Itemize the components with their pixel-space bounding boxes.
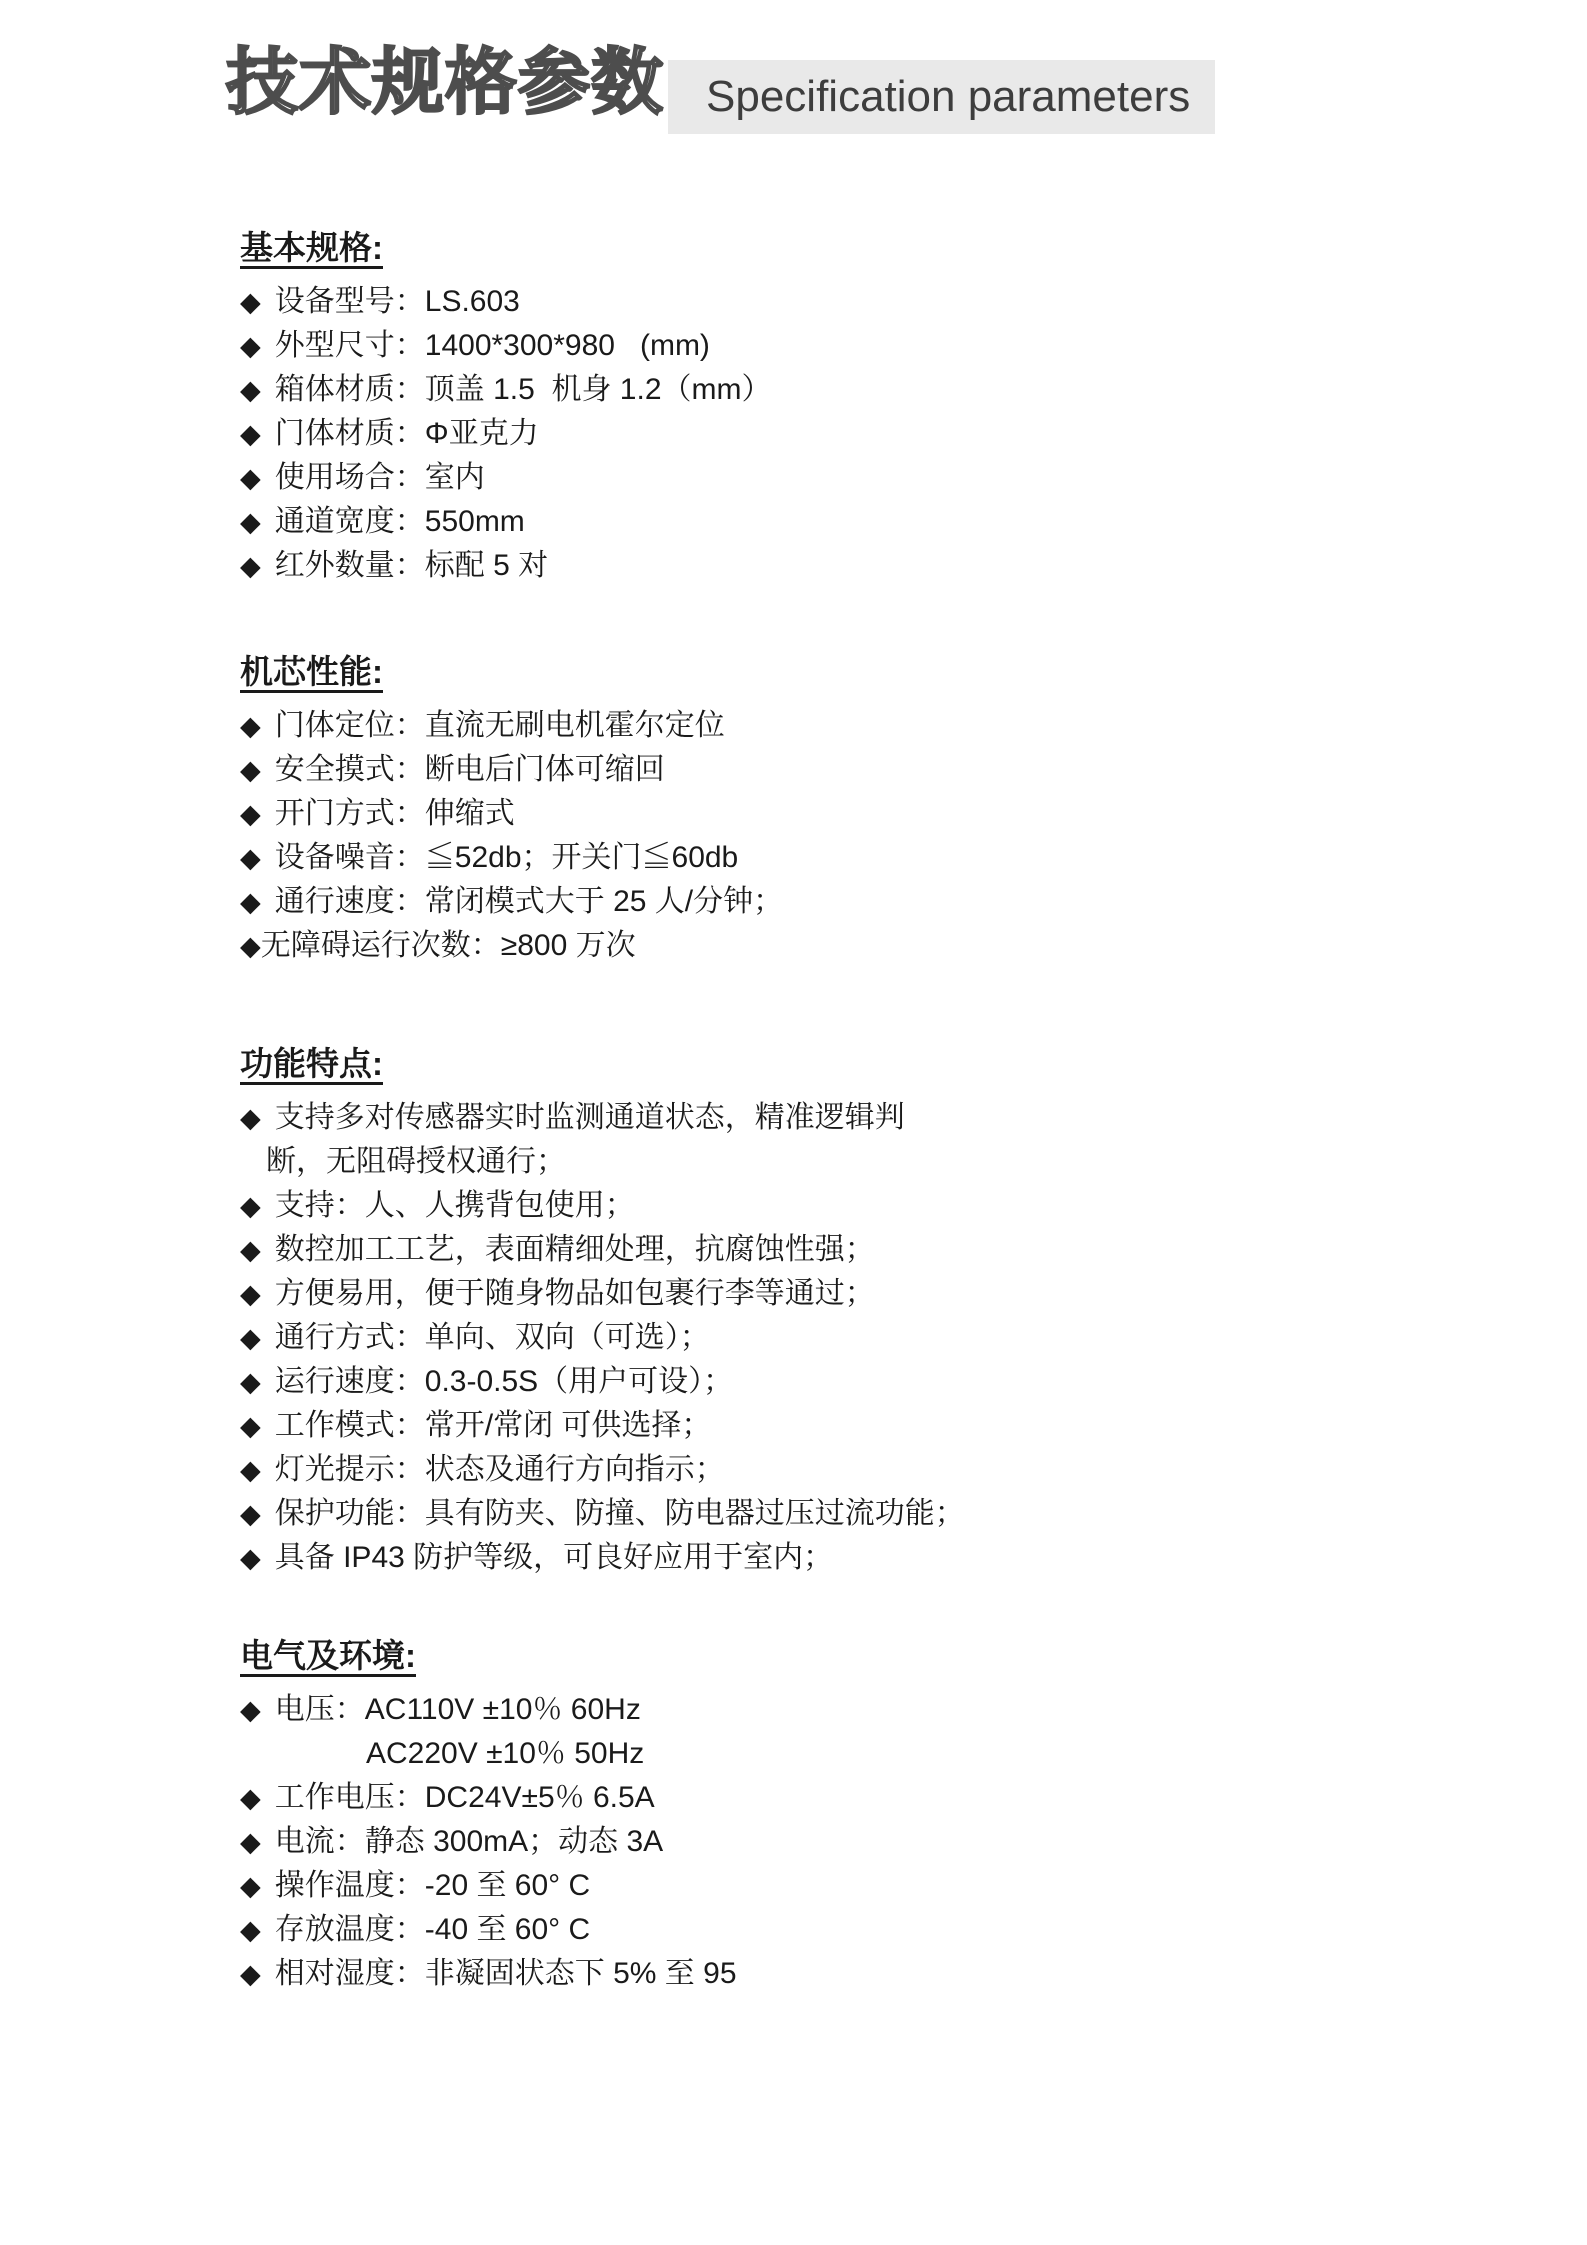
spec-item-text: 电流：静态 300mA；动态 3A	[275, 1825, 663, 1858]
spec-item-text: 具备 IP43 防护等级，可良好应用于室内；	[275, 1541, 833, 1574]
spec-item: ◆通道宽度：550mm	[240, 500, 1340, 544]
spec-item-text: 箱体材质：顶盖 1.5 机身 1.2（mm）	[275, 373, 772, 406]
spec-item-text: 支持多对传感器实时监测通道状态，精准逻辑判	[275, 1101, 905, 1134]
diamond-bullet-icon: ◆	[240, 375, 261, 405]
diamond-bullet-icon: ◆	[240, 755, 261, 785]
diamond-bullet-icon: ◆	[240, 1695, 261, 1725]
spec-item-text: 相对湿度：非凝固状态下 5% 至 95	[275, 1957, 737, 1990]
diamond-bullet-icon: ◆	[240, 419, 261, 449]
spec-item: ◆工作电压：DC24V±5％ 6.5A	[240, 1776, 1340, 1820]
spec-item: ◆工作模式：常开/常闭 可供选择；	[240, 1404, 1340, 1448]
page-title-chinese: 技术规格参数	[226, 38, 664, 128]
spec-item: ◆门体材质：Φ亚克力	[240, 412, 1340, 456]
section-basic-specs: 基本规格: ◆设备型号：LS.603 ◆外型尺寸：1400*300*980 (m…	[240, 228, 1340, 588]
diamond-bullet-icon: ◆	[240, 1783, 261, 1813]
spec-item: ◆外型尺寸：1400*300*980 (mm)	[240, 324, 1340, 368]
spec-item-text: 操作温度：-20 至 60° C	[275, 1869, 590, 1902]
spec-item-text: 工作电压：DC24V±5％ 6.5A	[275, 1781, 655, 1814]
diamond-bullet-icon: ◆	[240, 287, 261, 317]
spec-item: ◆箱体材质：顶盖 1.5 机身 1.2（mm）	[240, 368, 1340, 412]
spec-item-text: 开门方式：伸缩式	[275, 797, 515, 830]
spec-item: ◆具备 IP43 防护等级，可良好应用于室内；	[240, 1536, 1340, 1580]
spec-item-text: 方便易用，便于随身物品如包裹行李等通过；	[275, 1277, 875, 1310]
spec-item: ◆灯光提示：状态及通行方向指示；	[240, 1448, 1340, 1492]
diamond-bullet-icon: ◆	[240, 799, 261, 829]
spec-item-text: 灯光提示：状态及通行方向指示；	[275, 1453, 725, 1486]
section-heading-mechanism: 机芯性能:	[240, 652, 1340, 692]
spec-item-text: 通行方式：单向、双向（可选）；	[275, 1321, 710, 1354]
diamond-bullet-icon: ◆	[240, 1235, 261, 1265]
spec-item-text: 存放温度：-40 至 60° C	[275, 1913, 590, 1946]
diamond-bullet-icon: ◆	[240, 331, 261, 361]
section-features: 功能特点: ◆支持多对传感器实时监测通道状态，精准逻辑判 断，无阻碍授权通行； …	[240, 1044, 1340, 1580]
spec-item: ◆电压：AC110V ±10％ 60Hz	[240, 1688, 1340, 1732]
spec-item: ◆红外数量：标配 5 对	[240, 544, 1340, 588]
title-highlight-box: Specification parameters	[668, 60, 1215, 134]
spec-item: ◆支持：人、人携背包使用；	[240, 1184, 1340, 1228]
spec-item: ◆保护功能：具有防夹、防撞、防电器过压过流功能；	[240, 1492, 1340, 1536]
section-mechanism-performance: 机芯性能: ◆门体定位：直流无刷电机霍尔定位 ◆安全摸式：断电后门体可缩回 ◆开…	[240, 652, 1340, 968]
spec-item-text: 外型尺寸：1400*300*980 (mm)	[275, 329, 710, 362]
spec-item: ◆方便易用，便于随身物品如包裹行李等通过；	[240, 1272, 1340, 1316]
spec-item-text: 通行速度：常闭模式大于 25 人/分钟；	[275, 885, 783, 918]
spec-item: ◆存放温度：-40 至 60° C	[240, 1908, 1340, 1952]
spec-item: ◆通行方式：单向、双向（可选）；	[240, 1316, 1340, 1360]
diamond-bullet-icon: ◆	[240, 463, 261, 493]
diamond-bullet-icon: ◆	[240, 1871, 261, 1901]
diamond-bullet-icon: ◆	[240, 887, 261, 917]
spec-item-continuation: AC220V ±10％ 50Hz	[240, 1732, 1340, 1776]
spec-item-continuation: 断，无阻碍授权通行；	[240, 1140, 1340, 1184]
spec-item-text: 工作模式：常开/常闭 可供选择；	[275, 1409, 712, 1442]
spec-item-text: 安全摸式：断电后门体可缩回	[275, 753, 665, 786]
diamond-bullet-icon: ◆	[240, 1191, 261, 1221]
spec-item-text: 运行速度：0.3-0.5S（用户可设）；	[275, 1365, 733, 1398]
spec-item-text: 通道宽度：550mm	[275, 505, 525, 538]
spec-item-text: 保护功能：具有防夹、防撞、防电器过压过流功能；	[275, 1497, 965, 1530]
section-heading-basic-specs: 基本规格:	[240, 228, 1340, 268]
spec-item-text: 支持：人、人携背包使用；	[275, 1189, 635, 1222]
diamond-bullet-icon: ◆	[240, 1827, 261, 1857]
spec-content: 基本规格: ◆设备型号：LS.603 ◆外型尺寸：1400*300*980 (m…	[240, 228, 1340, 1996]
spec-item-text: 门体定位：直流无刷电机霍尔定位	[275, 709, 725, 742]
diamond-bullet-icon: ◆	[240, 1543, 261, 1573]
spec-item: ◆电流：静态 300mA；动态 3A	[240, 1820, 1340, 1864]
diamond-bullet-icon: ◆	[240, 1499, 261, 1529]
section-electrical-environment: 电气及环境: ◆电压：AC110V ±10％ 60Hz AC220V ±10％ …	[240, 1636, 1340, 1996]
spec-item: ◆支持多对传感器实时监测通道状态，精准逻辑判	[240, 1096, 1340, 1140]
diamond-bullet-icon: ◆	[240, 711, 261, 741]
spec-item: ◆无障碍运行次数：≥800 万次	[240, 924, 1340, 968]
spec-item-text: 使用场合：室内	[275, 461, 485, 494]
section-heading-features: 功能特点:	[240, 1044, 1340, 1084]
diamond-bullet-icon: ◆	[240, 843, 261, 873]
spec-item: ◆开门方式：伸缩式	[240, 792, 1340, 836]
spec-item: ◆相对湿度：非凝固状态下 5% 至 95	[240, 1952, 1340, 1996]
spec-item: ◆运行速度：0.3-0.5S（用户可设）；	[240, 1360, 1340, 1404]
spec-item: ◆门体定位：直流无刷电机霍尔定位	[240, 704, 1340, 748]
diamond-bullet-icon: ◆	[240, 551, 261, 581]
diamond-bullet-icon: ◆	[240, 1455, 261, 1485]
diamond-bullet-icon: ◆	[240, 1367, 261, 1397]
spec-item-text: 红外数量：标配 5 对	[275, 549, 548, 582]
diamond-bullet-icon: ◆	[240, 1103, 261, 1133]
diamond-bullet-icon: ◆	[240, 1959, 261, 1989]
spec-item-text: 门体材质：Φ亚克力	[275, 417, 539, 450]
diamond-bullet-icon: ◆	[240, 931, 261, 961]
diamond-bullet-icon: ◆	[240, 1323, 261, 1353]
spec-item: ◆通行速度：常闭模式大于 25 人/分钟；	[240, 880, 1340, 924]
spec-item: ◆安全摸式：断电后门体可缩回	[240, 748, 1340, 792]
spec-item-text: 电压：AC110V ±10％ 60Hz	[275, 1693, 641, 1726]
spec-item: ◆设备噪音：≦52db；开关门≦60db	[240, 836, 1340, 880]
spec-item: ◆使用场合：室内	[240, 456, 1340, 500]
spec-item-text: 数控加工工艺，表面精细处理，抗腐蚀性强；	[275, 1233, 875, 1266]
page-title-english: Specification parameters	[706, 72, 1190, 122]
section-heading-electrical: 电气及环境:	[240, 1636, 1340, 1676]
spec-item-text: 无障碍运行次数：≥800 万次	[261, 929, 636, 962]
spec-item: ◆操作温度：-20 至 60° C	[240, 1864, 1340, 1908]
spec-item: ◆数控加工工艺，表面精细处理，抗腐蚀性强；	[240, 1228, 1340, 1272]
diamond-bullet-icon: ◆	[240, 1915, 261, 1945]
diamond-bullet-icon: ◆	[240, 1279, 261, 1309]
diamond-bullet-icon: ◆	[240, 1411, 261, 1441]
diamond-bullet-icon: ◆	[240, 507, 261, 537]
spec-item-text: 设备型号：LS.603	[275, 285, 520, 318]
document-page: 技术规格参数 Specification parameters 基本规格: ◆设…	[0, 0, 1587, 2245]
spec-item-text: 设备噪音：≦52db；开关门≦60db	[275, 841, 738, 874]
spec-item: ◆设备型号：LS.603	[240, 280, 1340, 324]
